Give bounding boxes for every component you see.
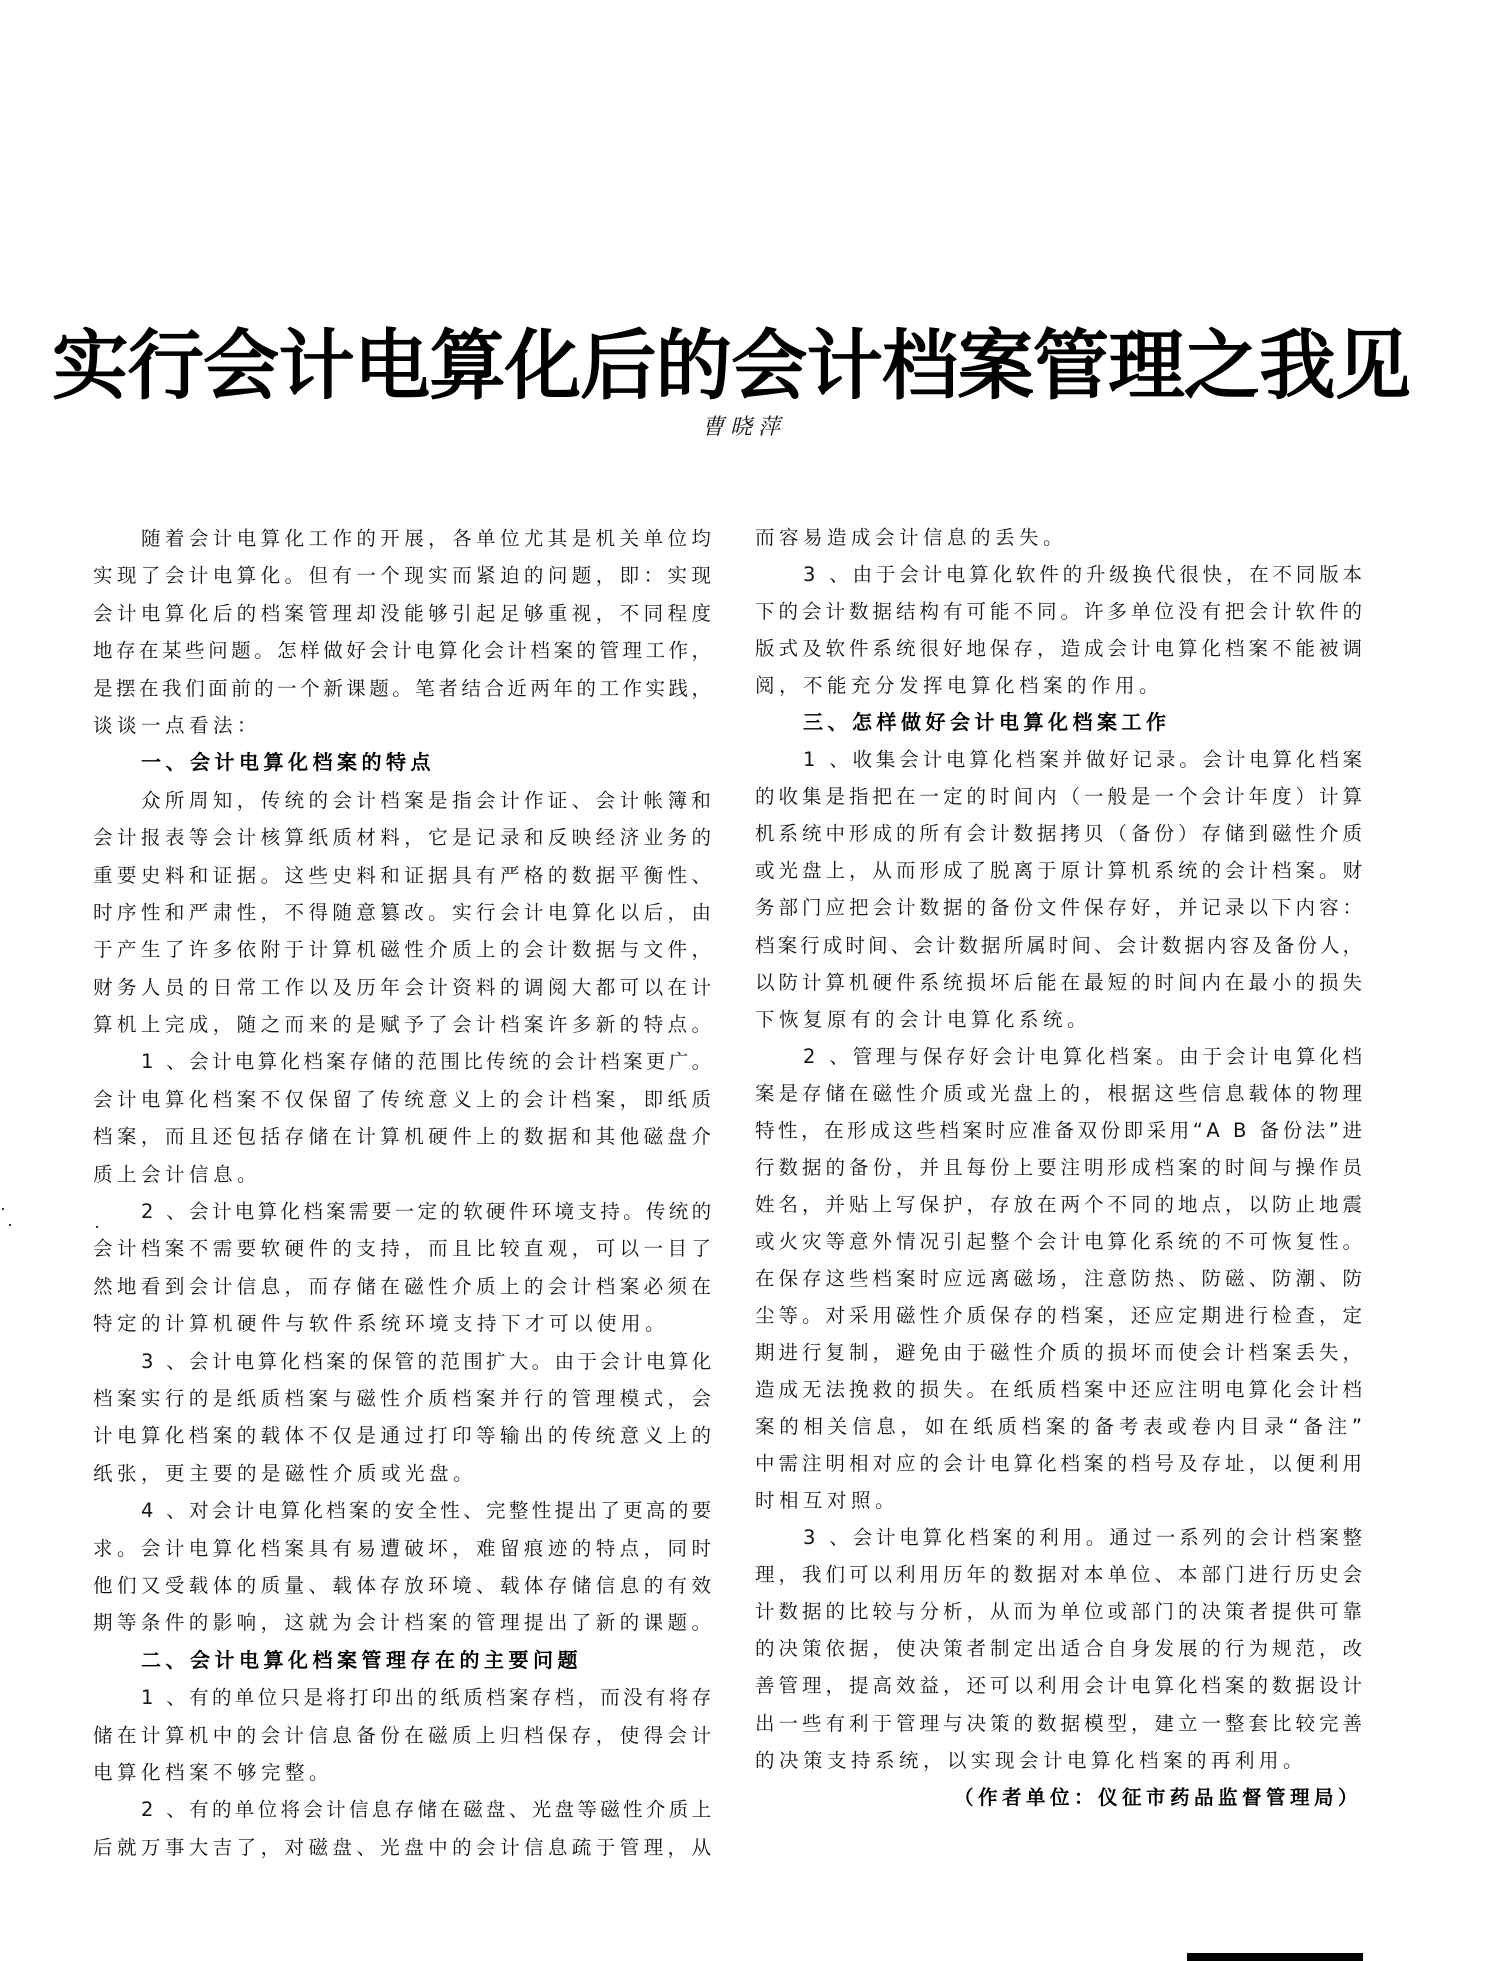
scan-speck [96, 1226, 98, 1228]
body-text-line: 案的相关信息，如在纸质档案的备考表或卷内目录“备注” [755, 1408, 1362, 1445]
body-text-line: 期等条件的影响，这就为会计档案的管理提出了新的课题。 [93, 1604, 711, 1641]
body-text-line: 4 、对会计电算化档案的安全性、完整性提出了更高的要 [93, 1492, 711, 1529]
body-text-line: 造成无法挽救的损失。在纸质档案中还应注明电算化会计档 [755, 1371, 1362, 1408]
body-text-line: 以防计算机硬件系统损坏后能在最短的时间内在最小的损失 [755, 964, 1362, 1001]
body-text-line: 1 、收集会计电算化档案并做好记录。会计电算化档案 [755, 741, 1362, 778]
body-text-line: 会计报表等会计核算纸质材料，它是记录和反映经济业务的 [93, 819, 711, 856]
body-text-line: 算机上完成，随之而来的是赋予了会计档案许多新的特点。 [93, 1006, 711, 1043]
body-text-line: 时序性和严肃性，不得随意篡改。实行会计电算化以后，由 [93, 894, 711, 931]
body-text-line: 而容易造成会计信息的丢失。 [755, 519, 1362, 556]
body-text-line: 3 、会计电算化档案的利用。通过一系列的会计档案整 [755, 1519, 1362, 1556]
author-name: 曹晓萍 [0, 410, 1488, 441]
body-text-line: 计数据的比较与分析，从而为单位或部门的决策者提供可靠 [755, 1593, 1362, 1630]
body-text-line: 质上会计信息。 [93, 1156, 711, 1193]
body-text-line: 时相互对照。 [755, 1482, 1362, 1519]
body-text-line: 下恢复原有的会计电算化系统。 [755, 1001, 1362, 1038]
left-column: 随着会计电算化工作的开展，各单位尤其是机关单位均实现了会计电算化。但有一个现实而… [93, 520, 711, 1866]
body-text-line: 3 、由于会计电算化软件的升级换代很快，在不同版本 [755, 556, 1362, 593]
section-heading: 二、会计电算化档案管理存在的主要问题 [93, 1642, 711, 1679]
body-text-line: 众所周知，传统的会计档案是指会计作证、会计帐簿和 [93, 782, 711, 819]
body-text-line: 善管理，提高效益，还可以利用会计电算化档案的数据设计 [755, 1667, 1362, 1704]
body-text-line: 版式及软件系统很好地保存，造成会计电算化档案不能被调 [755, 630, 1362, 667]
body-text-line: 会计档案不需要软硬件的支持，而且比较直观，可以一目了 [93, 1230, 711, 1267]
body-text-line: 计电算化档案的载体不仅是通过打印等输出的传统意义上的 [93, 1417, 711, 1454]
body-text-line: 档案实行的是纸质档案与磁性介质档案并行的管理模式，会 [93, 1380, 711, 1417]
body-text-line: 2 、会计电算化档案需要一定的软硬件环境支持。传统的 [93, 1193, 711, 1230]
body-text-line: 理，我们可以利用历年的数据对本单位、本部门进行历史会 [755, 1556, 1362, 1593]
body-text-line: 特性，在形成这些档案时应准备双份即采用“A B 备份法”进 [755, 1112, 1362, 1149]
body-text-line: 实现了会计电算化。但有一个现实而紧迫的问题，即：实现 [93, 557, 711, 594]
body-text-line: 是摆在我们面前的一个新课题。笔者结合近两年的工作实践， [93, 670, 711, 707]
body-text-line: 下的会计数据结构有可能不同。许多单位没有把会计软件的 [755, 593, 1362, 630]
footer-bar [1187, 1953, 1363, 1961]
article-title: 实行会计电算化后的会计档案管理之我见 [52, 321, 1410, 411]
body-text-line: 案是存储在磁性介质或光盘上的，根据这些信息载体的物理 [755, 1075, 1362, 1112]
body-text-line: 纸张，更主要的是磁性介质或光盘。 [93, 1455, 711, 1492]
body-text-line: 2 、有的单位将会计信息存储在磁盘、光盘等磁性介质上 [93, 1791, 711, 1828]
body-text-line: 1 、有的单位只是将打印出的纸质档案存档，而没有将存 [93, 1679, 711, 1716]
body-text-line: 随着会计电算化工作的开展，各单位尤其是机关单位均 [93, 520, 711, 557]
body-text-line: 档案，而且还包括存储在计算机硬件上的数据和其他磁盘介 [93, 1118, 711, 1155]
section-heading: 三、怎样做好会计电算化档案工作 [755, 704, 1362, 741]
body-text-line: 务部门应把会计数据的备份文件保存好，并记录以下内容： [755, 889, 1362, 926]
body-text-line: 求。会计电算化档案具有易遭破坏，难留痕迹的特点，同时 [93, 1530, 711, 1567]
section-heading: 一、会计电算化档案的特点 [93, 744, 711, 781]
body-text-line: 尘等。对采用磁性介质保存的档案，还应定期进行检查，定 [755, 1297, 1362, 1334]
body-text-line: 特定的计算机硬件与软件系统环境支持下才可以使用。 [93, 1305, 711, 1342]
right-column: 而容易造成会计信息的丢失。3 、由于会计电算化软件的升级换代很快，在不同版本下的… [755, 519, 1362, 1816]
body-text-line: 的决策依据，使决策者制定出适合自身发展的行为规范，改 [755, 1630, 1362, 1667]
body-text-line: 3 、会计电算化档案的保管的范围扩大。由于会计电算化 [93, 1343, 711, 1380]
body-text-line: 1 、会计电算化档案存储的范围比传统的会计档案更广。 [93, 1043, 711, 1080]
body-text-line: 然地看到会计信息，而存储在磁性介质上的会计档案必须在 [93, 1268, 711, 1305]
body-text-line: 姓名，并贴上写保护，存放在两个不同的地点，以防止地震 [755, 1186, 1362, 1223]
body-text-line: 会计电算化档案不仅保留了传统意义上的会计档案，即纸质 [93, 1081, 711, 1118]
body-text-line: 机系统中形成的所有会计数据拷贝（备份）存储到磁性介质 [755, 815, 1362, 852]
scan-speck [2, 1208, 4, 1210]
body-text-line: 的收集是指把在一定的时间内（一般是一个会计年度）计算 [755, 778, 1362, 815]
body-text-line: 重要史料和证据。这些史料和证据具有严格的数据平衡性、 [93, 857, 711, 894]
scan-speck [9, 1224, 11, 1226]
body-text-line: 地存在某些问题。怎样做好会计电算化会计档案的管理工作， [93, 632, 711, 669]
body-text-line: 行数据的备份，并且每份上要注明形成档案的时间与操作员 [755, 1149, 1362, 1186]
body-text-line: 2 、管理与保存好会计电算化档案。由于会计电算化档 [755, 1038, 1362, 1075]
body-text-line: 会计电算化后的档案管理却没能够引起足够重视，不同程度 [93, 595, 711, 632]
body-text-line: 于产生了许多依附于计算机磁性介质上的会计数据与文件， [93, 931, 711, 968]
body-text-line: 或火灾等意外情况引起整个会计电算化系统的不可恢复性。 [755, 1223, 1362, 1260]
body-text-line: 在保存这些档案时应远离磁场，注意防热、防磁、防潮、防 [755, 1260, 1362, 1297]
author-affiliation: （作者单位：仪征市药品监督管理局） [755, 1779, 1362, 1816]
body-text-line: 电算化档案不够完整。 [93, 1754, 711, 1791]
body-text-line: 阅，不能充分发挥电算化档案的作用。 [755, 667, 1362, 704]
body-text-line: 的决策支持系统，以实现会计电算化档案的再利用。 [755, 1742, 1362, 1779]
body-text-line: 财务人员的日常工作以及历年会计资料的调阅大都可以在计 [93, 969, 711, 1006]
body-text-line: 后就万事大吉了，对磁盘、光盘中的会计信息疏于管理，从 [93, 1829, 711, 1866]
body-text-line: 他们又受载体的质量、载体存放环境、载体存储信息的有效 [93, 1567, 711, 1604]
body-text-line: 出一些有利于管理与决策的数据模型，建立一整套比较完善 [755, 1705, 1362, 1742]
body-text-line: 中需注明相对应的会计电算化档案的档号及存址，以便利用 [755, 1445, 1362, 1482]
body-text-line: 档案行成时间、会计数据所属时间、会计数据内容及备份人， [755, 927, 1362, 964]
body-text-line: 期进行复制，避免由于磁性介质的损坏而使会计档案丢失， [755, 1334, 1362, 1371]
body-text-line: 谈谈一点看法： [93, 707, 711, 744]
body-text-line: 或光盘上，从而形成了脱离于原计算机系统的会计档案。财 [755, 852, 1362, 889]
body-text-line: 储在计算机中的会计信息备份在磁质上归档保存，使得会计 [93, 1717, 711, 1754]
